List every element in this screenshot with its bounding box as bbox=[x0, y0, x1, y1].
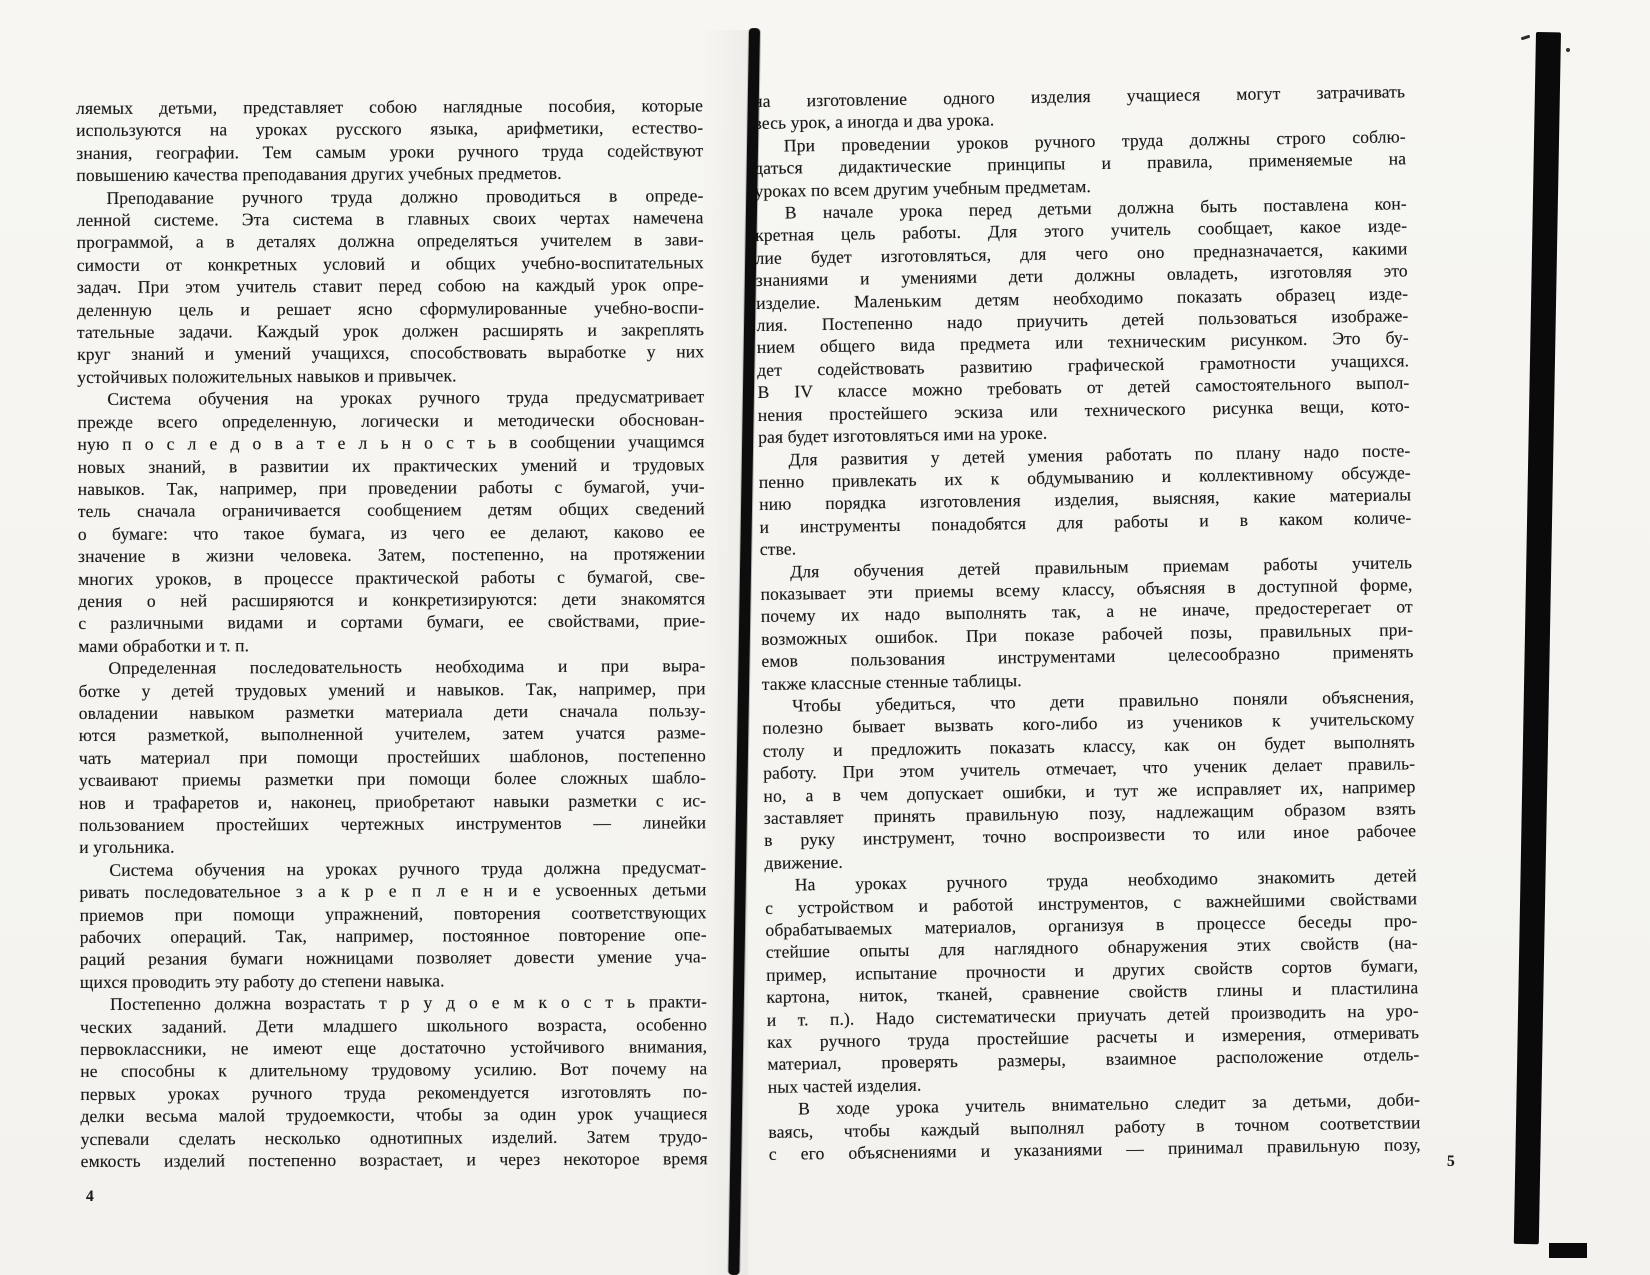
text-line: первоклассники, не имеют еще достаточно … bbox=[80, 1035, 707, 1060]
page-number-right: 5 bbox=[1447, 1153, 1455, 1171]
text-line: успевали сделать несколько однотипных из… bbox=[80, 1125, 707, 1150]
ink-speck-dash bbox=[1521, 35, 1530, 41]
text-line: ботке у детей трудовых умений и навыков.… bbox=[79, 677, 706, 702]
text-line: ются разметкой, выполненной учителем, за… bbox=[79, 722, 706, 747]
text-line: нов и трафаретов и, наконец, приобретают… bbox=[79, 789, 706, 814]
book-scan-spread: { "colors": { "paper": "#f5f4f0", "ink":… bbox=[0, 0, 1650, 1275]
text-line: навыков. Так, например, при проведении р… bbox=[78, 475, 705, 500]
text-line: тательные задачи. Каждый урок должен рас… bbox=[77, 318, 704, 343]
text-line: задач. При этом учитель ставит перед соб… bbox=[77, 274, 704, 299]
text-line: усваивают приемы разметки при помощи бол… bbox=[79, 766, 706, 791]
text-line: Преподавание ручного труда должно провод… bbox=[76, 184, 703, 209]
text-line: мами обработки и т. п. bbox=[78, 632, 705, 657]
text-line: знания, географии. Тем самым уроки ручно… bbox=[76, 139, 703, 164]
text-line: новых знаний, в развитии их практических… bbox=[78, 453, 705, 478]
text-line: первых уроках ручного труда рекомендуетс… bbox=[80, 1080, 707, 1105]
text-line: емкость изделий постепенно возрастает, и… bbox=[81, 1147, 708, 1172]
text-line: программой, а в деталях должна определят… bbox=[77, 229, 704, 254]
right-page-text: на изготовление одного изделия учащиеся … bbox=[753, 80, 1421, 1165]
scan-edge-foot bbox=[1549, 1243, 1587, 1258]
text-line: и угольника. bbox=[79, 834, 706, 859]
text-line: ленной системе. Эта система в главных св… bbox=[76, 206, 703, 231]
text-line: с различными видами и сортами бумаги, ее… bbox=[78, 610, 705, 635]
text-line: симости от конкретных условий и общих уч… bbox=[77, 251, 704, 276]
text-line: не способны к длительному трудовому усил… bbox=[80, 1058, 707, 1083]
text-line: приемов при помощи упражнений, повторени… bbox=[80, 901, 707, 926]
text-line: используются на уроках русского языка, а… bbox=[76, 117, 703, 142]
text-line: Определенная последовательность необходи… bbox=[78, 654, 705, 679]
text-line: ческих заданий. Дети младшего школьного … bbox=[80, 1013, 707, 1038]
text-line: рабочих операций. Так, например, постоян… bbox=[80, 923, 707, 948]
text-line: прежде всего определенную, логически и м… bbox=[77, 408, 704, 433]
text-line: повышению качества преподавания других у… bbox=[76, 161, 703, 186]
text-line: значение в жизни человека. Затем, постеп… bbox=[78, 542, 705, 567]
text-line: о бумаге: что такое бумага, из чего ее д… bbox=[78, 520, 705, 545]
text-line: многих уроков, в процессе практической р… bbox=[78, 565, 705, 590]
text-line: делки весьма малой трудоемкости, чтобы з… bbox=[80, 1103, 707, 1128]
scan-edge-bar bbox=[1514, 32, 1561, 1244]
text-line: пользованием простейших чертежных инстру… bbox=[79, 811, 706, 836]
text-line: Система обучения на уроках ручного труда… bbox=[77, 386, 704, 411]
ink-speck-dot bbox=[1566, 48, 1570, 52]
text-line: овладении навыком разметки материала дет… bbox=[79, 699, 706, 724]
text-line: круг знаний и умений учащихся, способств… bbox=[77, 341, 704, 366]
text-line: ривать последовательное з а к р е п л е … bbox=[79, 878, 706, 903]
text-line: щихся проводить эту работу до степени на… bbox=[80, 968, 707, 993]
text-line: устойчивых положительных навыков и привы… bbox=[77, 363, 704, 388]
text-line: деленную цель и решает ясно сформулирова… bbox=[77, 296, 704, 321]
text-line: Постепенно должна возрастать т р у д о е… bbox=[80, 991, 707, 1016]
text-line: ляемых детьми, представляет собою нагляд… bbox=[76, 94, 703, 119]
text-line: Система обучения на уроках ручного труда… bbox=[79, 856, 706, 881]
text-line: дения о ней расширяются и конкретизируют… bbox=[78, 587, 705, 612]
text-line: ную п о с л е д о в а т е л ь н о с т ь … bbox=[77, 430, 704, 455]
text-line: тель сначала ограничивается сообщением д… bbox=[78, 498, 705, 523]
text-line: чать материал при помощи простейших шабл… bbox=[79, 744, 706, 769]
left-page-text: ляемых детьми, представляет собою нагляд… bbox=[76, 94, 708, 1172]
text-line: раций резания бумаги ножницами позволяет… bbox=[80, 946, 707, 971]
page-number-left: 4 bbox=[86, 1188, 94, 1206]
